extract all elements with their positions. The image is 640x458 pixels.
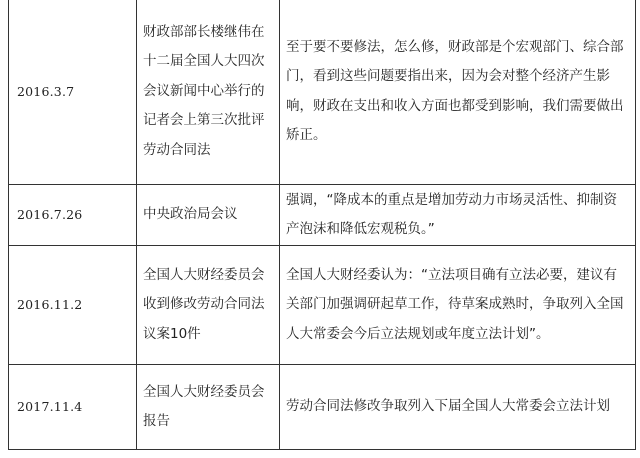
table-row: 2017.11.4 全国人大财经委员会报告 劳动合同法修改争取列入下届全国人大常…	[9, 365, 636, 450]
content-cell: 全国人大财经委认为：“立法项目确有立法必要，建议有关部门加强调研起草工作，待草案…	[280, 246, 636, 365]
table-row: 2016.7.26 中央政治局会议 强调，“降成本的重点是增加劳动力市场灵活性、…	[9, 185, 636, 246]
event-cell: 全国人大财经委员会报告	[137, 365, 280, 450]
event-cell: 中央政治局会议	[137, 185, 280, 246]
date-cell: 2016.3.7	[9, 0, 137, 185]
content-cell: 劳动合同法修改争取列入下届全国人大常委会立法计划	[280, 365, 636, 450]
content-cell: 强调，“降成本的重点是增加劳动力市场灵活性、抑制资产泡沫和降低宏观税负。”	[280, 185, 636, 246]
event-cell: 财政部部长楼继伟在十二届全国人大四次会议新闻中心举行的记者会上第三次批评劳动合同…	[137, 0, 280, 185]
date-cell: 2016.11.2	[9, 246, 137, 365]
table-row: 2016.11.2 全国人大财经委员会收到修改劳动合同法议案10件 全国人大财经…	[9, 246, 636, 365]
date-cell: 2017.11.4	[9, 365, 137, 450]
date-cell: 2016.7.26	[9, 185, 137, 246]
content-cell: 至于要不要修法，怎么修，财政部是个宏观部门、综合部门，看到这些问题要指出来，因为…	[280, 0, 636, 185]
table-row: 2016.3.7 财政部部长楼继伟在十二届全国人大四次会议新闻中心举行的记者会上…	[9, 0, 636, 185]
event-cell: 全国人大财经委员会收到修改劳动合同法议案10件	[137, 246, 280, 365]
timeline-table: 2016.3.7 财政部部长楼继伟在十二届全国人大四次会议新闻中心举行的记者会上…	[8, 0, 636, 450]
